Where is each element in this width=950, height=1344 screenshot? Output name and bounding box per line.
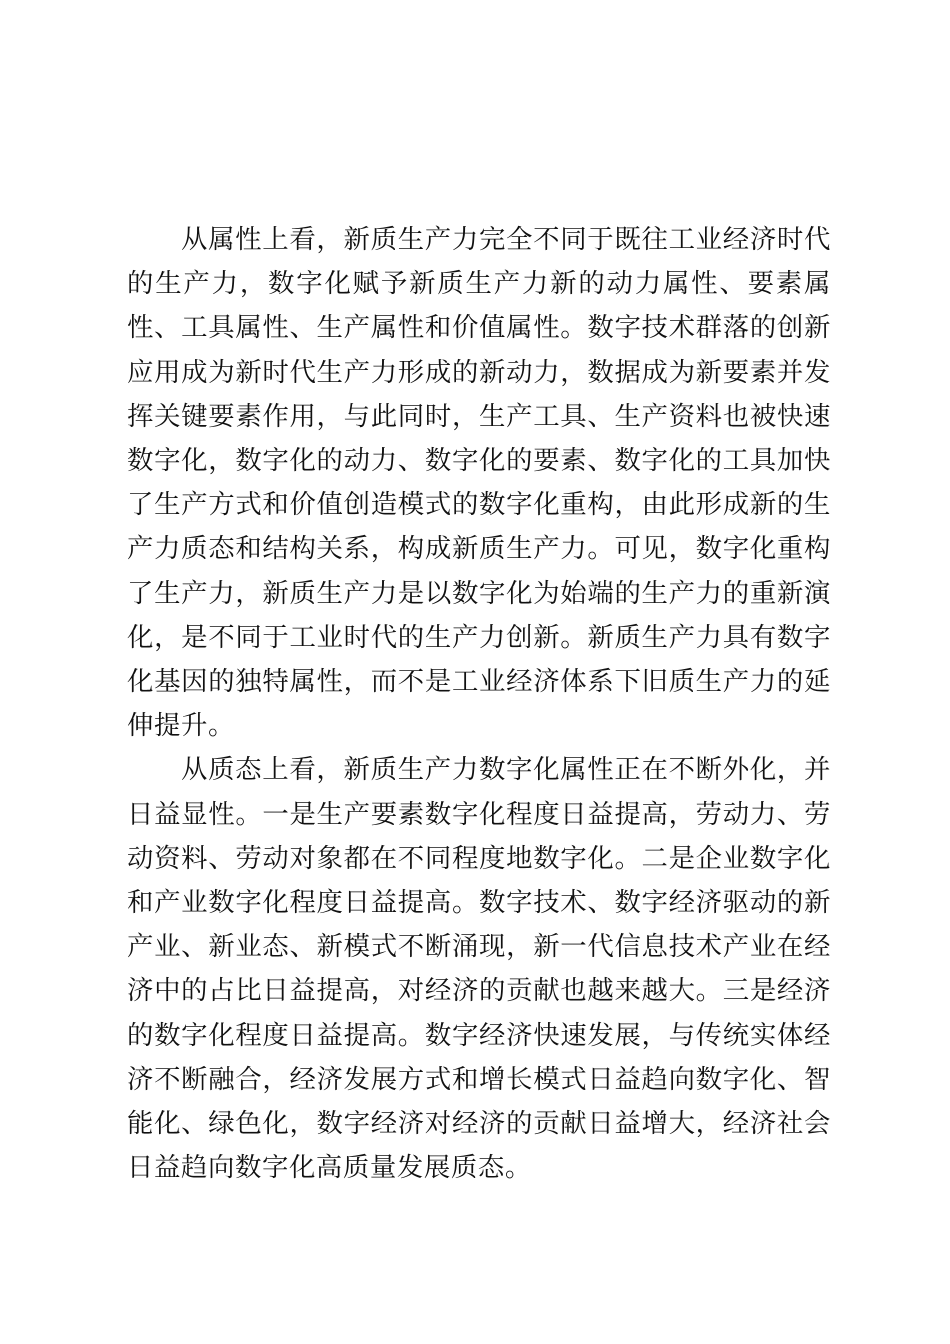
document-page: 从属性上看，新质生产力完全不同于既往工业经济时代的生产力，数字化赋予新质生产力新…	[127, 218, 831, 1190]
paragraph-quality-perspective: 从质态上看，新质生产力数字化属性正在不断外化，并日益显性。一是生产要素数字化程度…	[127, 748, 831, 1190]
paragraph-attribute-perspective: 从属性上看，新质生产力完全不同于既往工业经济时代的生产力，数字化赋予新质生产力新…	[127, 218, 831, 748]
